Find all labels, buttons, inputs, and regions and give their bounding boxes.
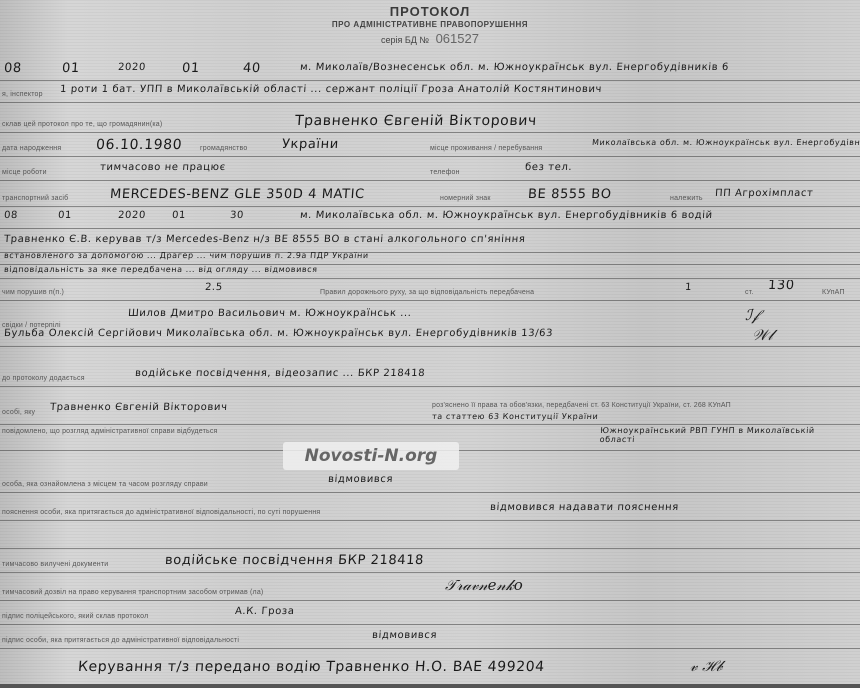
minute-value: 40	[242, 61, 261, 76]
offender-label: склав цей протокол про те, що громадянин…	[2, 121, 162, 128]
residence-label: місце проживання / перебування	[430, 145, 542, 152]
birth-date-label: дата народження	[2, 145, 61, 152]
transfer-signature: 𝓋 ℋ𝒷	[690, 657, 722, 675]
month-value: 01	[61, 61, 80, 76]
day-value: 08	[3, 61, 22, 76]
row-offender-signature: підпис особи, яка притягається до адміні…	[0, 628, 860, 649]
attachments-label: до протоколу додається	[2, 375, 85, 382]
row-offender-name: склав цей протокол про те, що громадянин…	[0, 112, 860, 133]
attachments-value: водійське посвідчення, відеозапис ... БК…	[135, 368, 426, 379]
hour-value: 01	[181, 61, 200, 76]
scan-edge	[0, 684, 860, 688]
offense-description-1: Травненко Є.В. керував т/з Mercedes-Benz…	[4, 234, 526, 245]
part-value: 1	[685, 282, 693, 293]
row-explanation: пояснення особи, яка притягається до адм…	[0, 500, 860, 521]
offense-description-3: відповідальність за яке передбачена ... …	[4, 265, 318, 274]
offender-signature-value: відмовився	[372, 630, 438, 641]
hearing-value: Южноукраїнський РВП ГУНП в Миколаївській…	[599, 426, 830, 444]
document-header: ПРОТОКОЛ ПРО АДМІНІСТРАТИВНЕ ПРАВОПОРУШЕ…	[0, 4, 860, 46]
row-attachments: до протоколу додається водійське посвідч…	[0, 366, 860, 387]
row-blank	[0, 528, 860, 549]
article-value: 130	[767, 280, 795, 293]
rights-value: та статтею 63 Конституції України	[432, 412, 599, 421]
row-offense-description-2: встановленого за допомогою ... Драгер ..…	[0, 250, 860, 265]
person-label: особі, яку	[2, 409, 35, 416]
acknowledged-label: особа, яка ознайомлена з місцем та часом…	[2, 481, 208, 488]
watermark-logo: Novosti-N.org	[283, 442, 459, 470]
owner-label: належить	[670, 195, 703, 202]
vehicle-transfer-text: Керування т/з передано водію Травненко Н…	[77, 659, 545, 675]
hearing-label: повідомлено, що розгляд адміністративної…	[2, 428, 218, 435]
code-label: КУпАП	[822, 289, 845, 296]
vehicle-transfer-note: Керування т/з передано водію Травненко Н…	[0, 655, 860, 685]
row-birth-citizenship: дата народження 06.10.1980 громадянство …	[0, 136, 860, 157]
offense-month: 01	[58, 210, 73, 221]
citizenship-label: громадянство	[200, 145, 247, 152]
seized-value: водійське посвідчення БКР 218418	[164, 553, 424, 568]
year-value: 2020	[118, 62, 147, 73]
document-number: серія БД № 061527	[0, 31, 860, 46]
place-value: м. Миколаїв/Вознесенськ обл. м. Южноукра…	[300, 62, 730, 73]
row-date-place: 08 01 2020 01 40 м. Миколаїв/Вознесенськ…	[0, 60, 860, 81]
row-violation-article: чим порушив п(п.) 2.5 Правил дорожнього …	[0, 280, 860, 301]
workplace-value: тимчасово не працює	[100, 162, 226, 173]
permit-label: тимчасовий дозвіл на право керування тра…	[2, 589, 263, 596]
witness-2-signature: 𝒲𝓁	[752, 326, 773, 344]
residence-value: Миколаївська обл. м. Южноукраїнськ вул. …	[592, 138, 860, 147]
explanation-value: відмовився надавати пояснення	[490, 502, 680, 513]
row-workplace: місце роботи тимчасово не працює телефон…	[0, 160, 860, 181]
series-label: серія БД №	[381, 35, 429, 45]
row-inspector: я, інспектор 1 роти 1 бат. УПП в Миколаї…	[0, 82, 860, 103]
scanned-protocol-page: ПРОТОКОЛ ПРО АДМІНІСТРАТИВНЕ ПРАВОПОРУШЕ…	[0, 0, 860, 688]
acknowledged-value: відмовився	[328, 474, 394, 485]
pdr-label: Правил дорожнього руху, за що відповідал…	[320, 289, 534, 296]
vehicle-value: MERCEDES-BENZ GLE 350D 4 MATIC	[109, 187, 365, 202]
inspector-label: я, інспектор	[2, 91, 43, 98]
row-officer-signature: підпис поліцейського, який склав протоко…	[0, 604, 860, 625]
serial-number: 061527	[436, 31, 479, 46]
offense-place: м. Миколаївська обл. м. Южноукраїнськ ву…	[300, 210, 713, 221]
vehicle-label: транспортний засіб	[2, 195, 68, 202]
phone-value: без тел.	[525, 162, 573, 173]
offense-day: 08	[4, 210, 19, 221]
owner-value: ПП Агрохімпласт	[715, 188, 814, 199]
offense-hour: 01	[172, 210, 187, 221]
row-offense-date-place: 08 01 2020 01 30 м. Миколаївська обл. м.…	[0, 208, 860, 229]
row-hearing-acknowledged: особа, яка ознайомлена з місцем та часом…	[0, 472, 860, 493]
permit-signature: 𝒯𝓇𝒶𝓋𝓃𝑒𝓃𝓀𝑜	[445, 580, 523, 594]
birth-date-value: 06.10.1980	[95, 137, 182, 153]
offense-minute: 30	[230, 210, 245, 221]
person-value: Травненко Євгеній Вікторович	[50, 402, 228, 413]
row-vehicle: транспортний засіб MERCEDES-BENZ GLE 350…	[0, 186, 860, 207]
inspector-value: 1 роти 1 бат. УПП в Миколаївській област…	[60, 84, 603, 95]
citizenship-value: України	[281, 137, 339, 152]
document-title: ПРОТОКОЛ	[0, 4, 860, 19]
article-label: ст.	[745, 289, 753, 296]
phone-label: телефон	[430, 169, 460, 176]
row-witnesses: свідки / потерпілі Шилов Дмитро Васильов…	[0, 306, 860, 347]
workplace-label: місце роботи	[2, 169, 47, 176]
witness-1-value: Шилов Дмитро Васильович м. Южноукраїнськ…	[128, 308, 412, 319]
row-rights-explained: особі, яку Травненко Євгеній Вікторович …	[0, 400, 860, 425]
plate-label: номерний знак	[440, 195, 491, 202]
officer-signature-value: А.К. Гроза	[235, 606, 295, 617]
explanation-label: пояснення особи, яка притягається до адм…	[2, 509, 320, 516]
offender-name-value: Травненко Євгеній Вікторович	[294, 113, 537, 129]
row-temporary-permit: тимчасовий дозвіл на право керування тра…	[0, 580, 860, 601]
rights-label: роз'яснено її права та обов'язки, передб…	[432, 402, 731, 409]
violation-label: чим порушив п(п.)	[2, 289, 64, 296]
offense-year: 2020	[118, 210, 147, 221]
offense-description-2: встановленого за допомогою ... Драгер ..…	[4, 251, 369, 260]
seized-label: тимчасово вилучені документи	[2, 561, 108, 568]
witness-2-value: Бульба Олексій Сергійович Миколаївська о…	[4, 328, 554, 339]
row-offense-description-3: відповідальність за яке передбачена ... …	[0, 264, 860, 279]
violation-point-value: 2.5	[205, 282, 223, 293]
document-subtitle: ПРО АДМІНІСТРАТИВНЕ ПРАВОПОРУШЕННЯ	[0, 20, 860, 29]
witness-1-signature: ℐ𝒻	[745, 306, 759, 324]
row-seized-documents: тимчасово вилучені документи водійське п…	[0, 552, 860, 573]
officer-signature-label: підпис поліцейського, який склав протоко…	[2, 613, 148, 620]
offender-signature-label: підпис особи, яка притягається до адміні…	[2, 637, 239, 644]
plate-value: ВЕ 8555 ВО	[527, 187, 612, 202]
